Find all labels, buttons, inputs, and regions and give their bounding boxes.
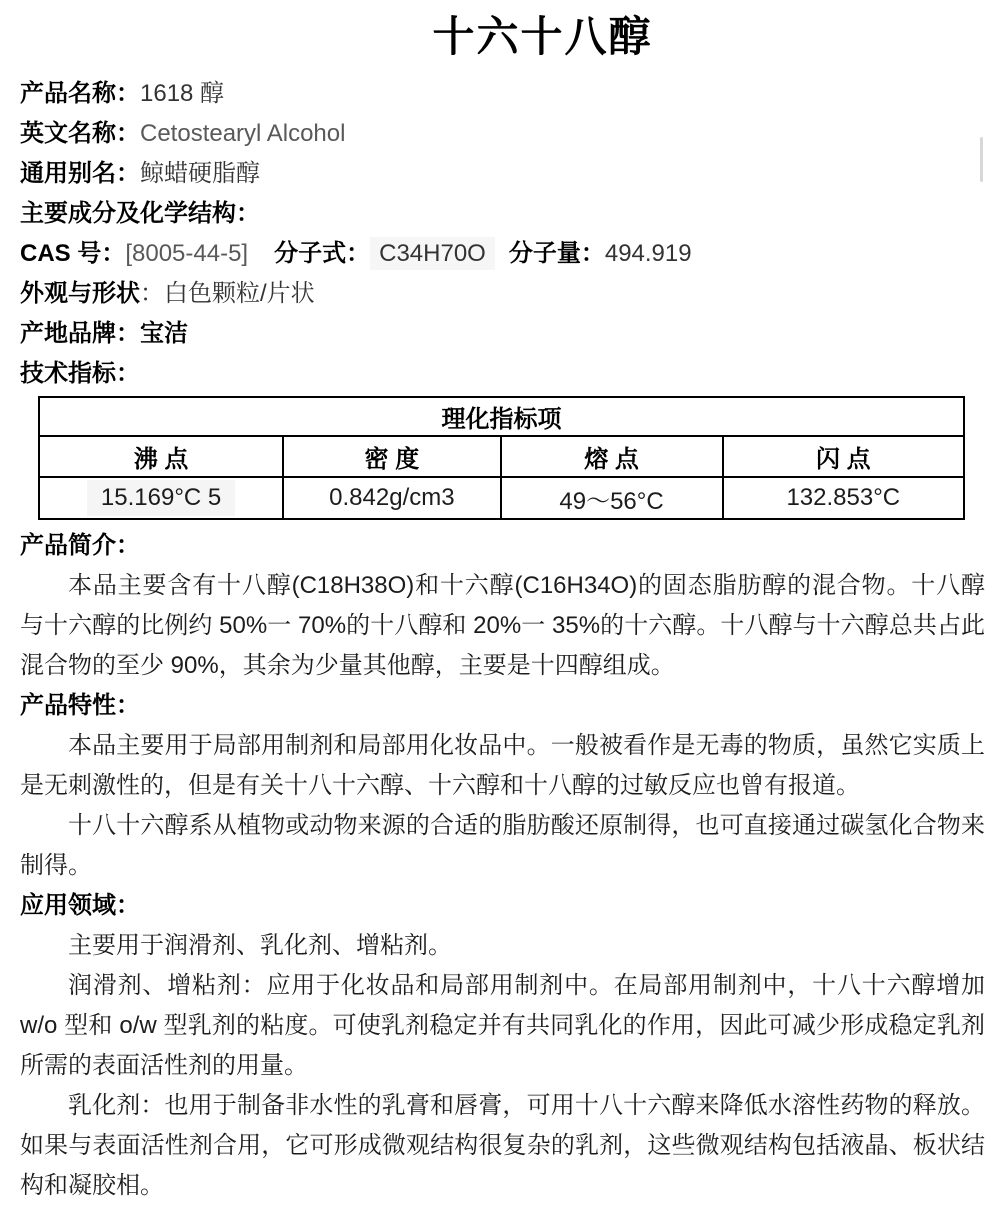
cas-line: CAS 号：[8005-44-5]分子式：C34H70O分子量：494.919 (20, 234, 985, 274)
composition-heading: 主要成分及化学结构： (20, 194, 985, 234)
paragraph-applications-3: 乳化剂：也用于制备非水性的乳膏和唇膏，可用十八十六醇来降低水溶性药物的释放。如果… (20, 1086, 985, 1206)
formula-value: C34H70O (370, 237, 495, 270)
col-header-density: 密 度 (283, 436, 500, 477)
col-header-melting-point: 熔 点 (501, 436, 723, 477)
paragraph-applications-2: 润滑剂、增粘剂：应用于化妆品和局部用制剂中。在局部用制剂中，十八十六醇增加 w/… (20, 966, 985, 1086)
document-page: 十六十八醇 产品名称：1618 醇 英文名称：Cetostearyl Alcoh… (0, 8, 1000, 1206)
scrollbar-thumb[interactable] (980, 137, 983, 182)
section-heading-intro: 产品简介： (20, 526, 985, 566)
field-product-name: 产品名称：1618 醇 (20, 74, 985, 114)
english-name-label: 英文名称： (20, 120, 140, 147)
mass-label: 分子量： (509, 240, 605, 267)
english-name-value: Cetostearyl Alcohol (140, 120, 345, 147)
col-header-boiling-point: 沸 点 (39, 436, 283, 477)
cas-label: CAS 号： (20, 240, 125, 267)
product-name-label: 产品名称： (20, 80, 140, 107)
brand-value: 宝洁 (140, 320, 188, 347)
cell-boiling-point: 15.169°C 5 (39, 477, 283, 519)
field-english-name: 英文名称：Cetostearyl Alcohol (20, 114, 985, 154)
paragraph-properties-1: 本品主要用于局部用制剂和局部用化妆品中。一般被看作是无毒的物质，虽然它实质上是无… (20, 726, 985, 806)
brand-label: 产地品牌： (20, 320, 140, 347)
appearance-label: 外观与形状 (20, 280, 140, 307)
alias-label: 通用别名： (20, 160, 140, 187)
paragraph-applications-1: 主要用于润滑剂、乳化剂、增粘剂。 (20, 926, 985, 966)
field-brand: 产地品牌：宝洁 (20, 314, 985, 354)
field-alias: 通用别名：鲸蜡硬脂醇 (20, 154, 985, 194)
field-appearance: 外观与形状：白色颗粒/片状 (20, 274, 985, 314)
section-heading-properties: 产品特性： (20, 686, 985, 726)
col-header-flash-point: 闪 点 (723, 436, 964, 477)
cas-value: [8005-44-5] (125, 240, 248, 267)
mass-value: 494.919 (605, 240, 692, 267)
table-title: 理化指标项 (39, 397, 964, 436)
cell-density: 0.842g/cm3 (283, 477, 500, 519)
cell-flash-point: 132.853°C (723, 477, 964, 519)
tech-heading: 技术指标： (20, 354, 985, 394)
appearance-value: 白色颗粒/片状 (164, 280, 315, 307)
paragraph-intro: 本品主要含有十八醇(C18H38O)和十六醇(C16H34O)的固态脂肪醇的混合… (20, 566, 985, 686)
alias-value: 鲸蜡硬脂醇 (140, 160, 260, 187)
formula-label: 分子式： (274, 240, 370, 267)
product-name-value: 1618 醇 (140, 80, 224, 107)
spec-table: 理化指标项 沸 点 密 度 熔 点 闪 点 15.169°C 5 0.842g/… (38, 396, 965, 520)
paragraph-properties-2: 十八十六醇系从植物或动物来源的合适的脂肪酸还原制得，也可直接通过碳氢化合物来制得… (20, 806, 985, 886)
page-title: 十六十八醇 (100, 8, 985, 66)
cell-melting-point: 49〜56°C (501, 477, 723, 519)
section-heading-applications: 应用领域： (20, 886, 985, 926)
appearance-colon: ： (140, 280, 164, 307)
